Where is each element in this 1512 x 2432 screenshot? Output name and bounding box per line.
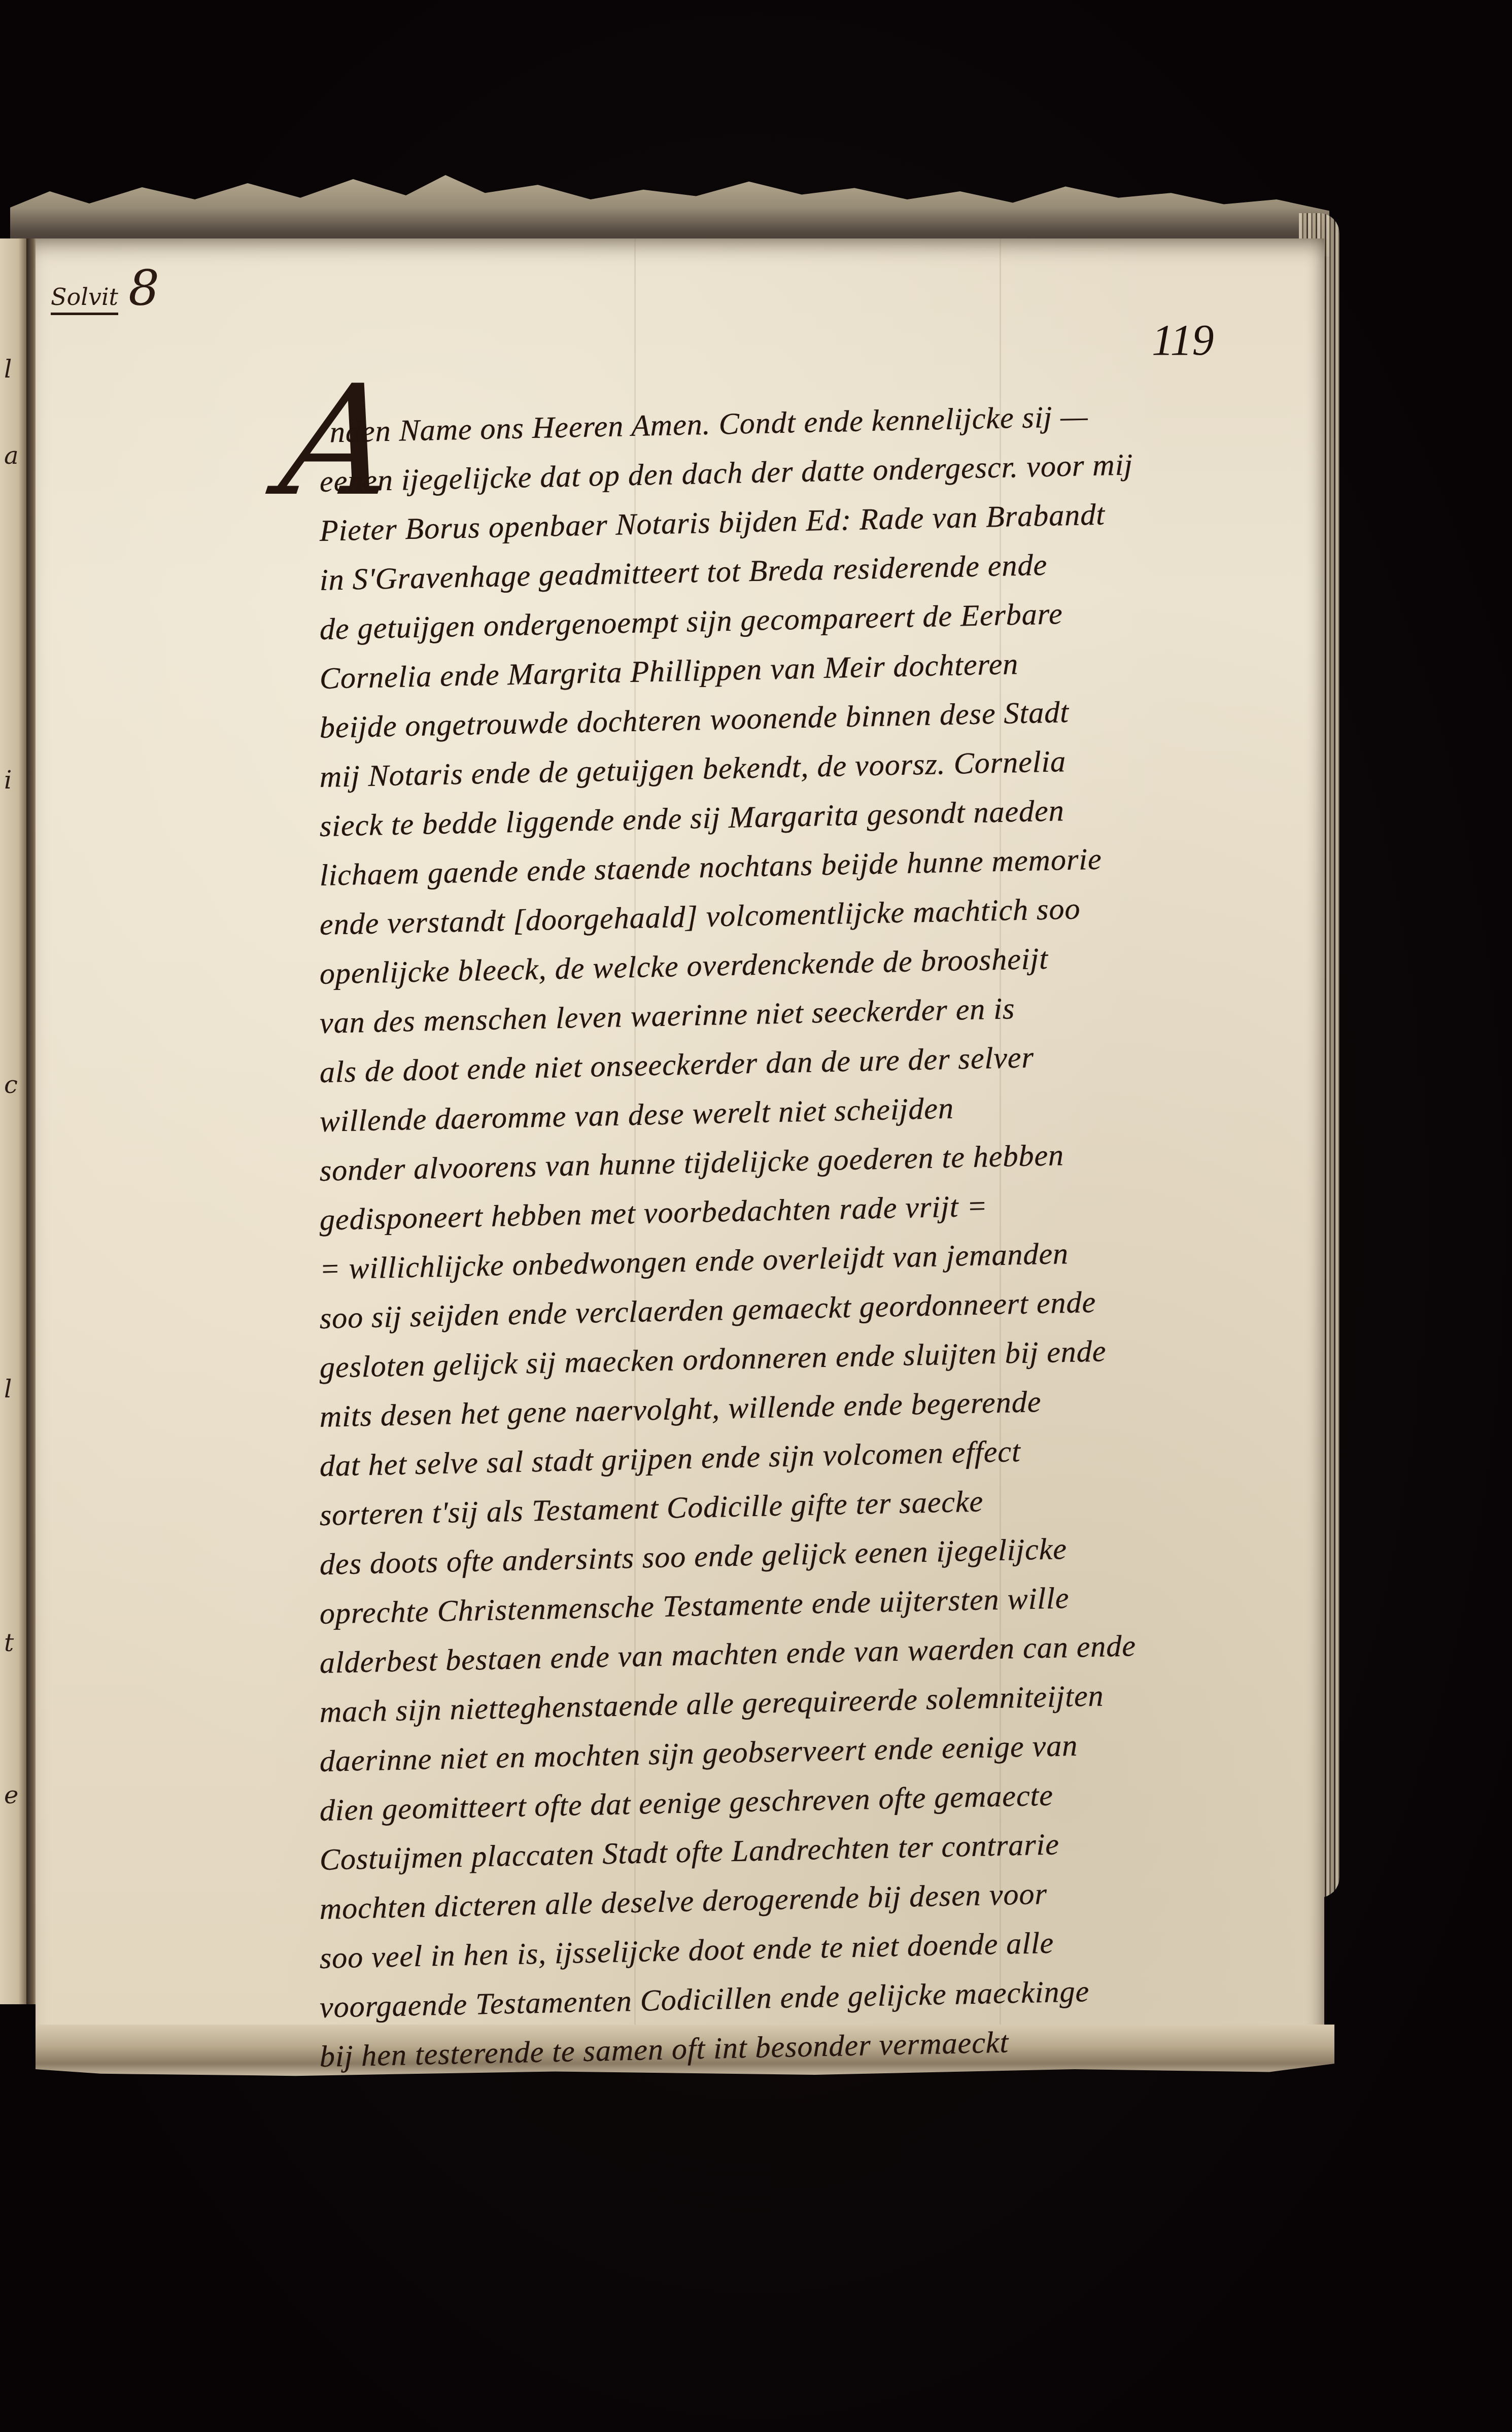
facing-mark: e bbox=[4, 1781, 18, 1809]
facing-mark: c bbox=[4, 1071, 18, 1099]
facing-page-marks: l a i c l t e bbox=[1, 238, 24, 2004]
marginal-note: Solvit 8 bbox=[51, 264, 159, 315]
facing-mark: l bbox=[4, 355, 12, 384]
facing-mark: t bbox=[4, 1629, 14, 1657]
manuscript-text: nden Name ons Heeren Amen. Condt ende ke… bbox=[284, 391, 1319, 2064]
facing-mark: a bbox=[4, 441, 19, 470]
marginal-mark: 8 bbox=[128, 264, 159, 313]
solvit-note: Solvit bbox=[51, 283, 118, 315]
facing-mark: i bbox=[4, 766, 12, 795]
folio-number: 119 bbox=[1152, 315, 1214, 365]
facing-mark: l bbox=[4, 1375, 12, 1403]
facing-page-sliver: l a i c l t e bbox=[0, 238, 26, 2004]
